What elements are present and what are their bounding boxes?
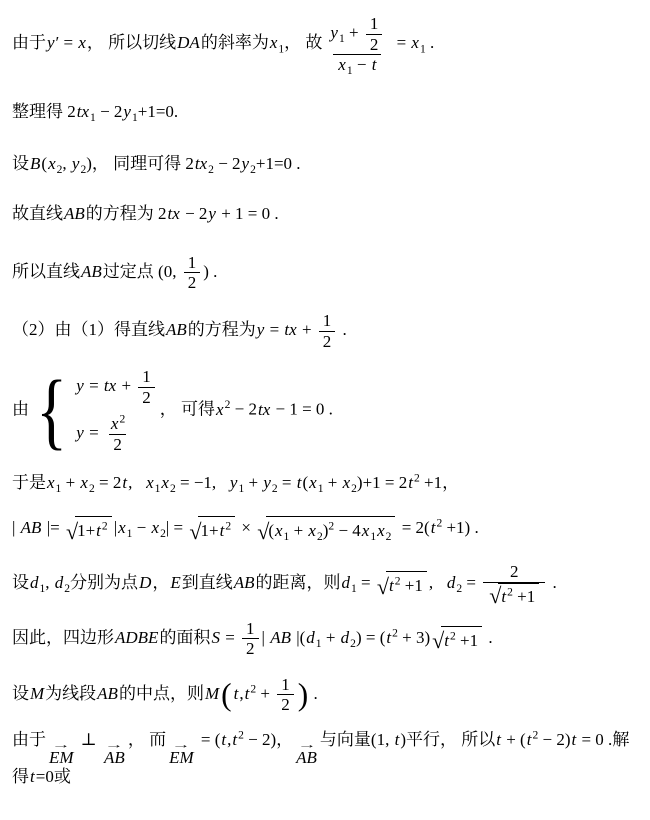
math-literal: = xyxy=(221,628,239,647)
math-literal: + xyxy=(324,473,342,492)
math-variable: y xyxy=(75,376,85,395)
math-variable: d xyxy=(54,573,65,592)
math-literal: +1) . xyxy=(442,518,479,537)
superscript: 2 xyxy=(225,520,231,533)
math-variable: ADBE xyxy=(114,628,159,647)
math-variable: AB xyxy=(233,573,256,592)
formula-line-9: | AB |= √1+t2|x1 − x2| = √1+t2 × √(x1 + … xyxy=(12,516,644,542)
math-literal: − xyxy=(132,518,150,537)
text-run: 设 xyxy=(12,573,29,592)
math-variable: y xyxy=(207,204,217,223)
text-run: ， 所以切线 xyxy=(87,33,176,52)
math-literal: , xyxy=(62,154,71,173)
math-variable: M xyxy=(204,684,220,703)
text-run: 由于 xyxy=(12,33,46,52)
math-variable: d xyxy=(341,573,352,592)
math-literal: + xyxy=(117,376,135,395)
formula-line-4: 故直线AB的方程为 2tx − 2y + 1 = 0 . xyxy=(12,203,644,225)
equation-system: {y = tx + 12y = x22 xyxy=(31,367,158,454)
formula-line-1: 由于y′ = x， 所以切线DA的斜率为x1， 故y1 + 12x1 − t =… xyxy=(12,14,644,75)
text-run: 的方程为 xyxy=(86,204,154,223)
math-variable: tx xyxy=(76,102,90,121)
text-run: ， xyxy=(442,473,459,492)
text-run: 的中点，则 xyxy=(119,684,204,703)
math-literal: − 4 xyxy=(334,521,361,540)
radicand: t2 +1 xyxy=(498,583,539,607)
math-literal: =0 xyxy=(36,767,54,786)
formula-line-11: 因此，四边形ADBE的面积S = 12| AB |(d1 + d2) = (t2… xyxy=(12,619,644,659)
math-variable: tx xyxy=(283,320,297,339)
big-parenthesis: ( xyxy=(220,677,232,712)
math-variable: d xyxy=(305,628,316,647)
radicand: 1+t2 xyxy=(75,516,112,542)
fraction: 12 xyxy=(184,253,201,293)
math-literal: = xyxy=(462,573,480,592)
fraction-denominator: 2 xyxy=(242,638,259,659)
math-variable: tx xyxy=(167,204,181,223)
math-literal: = xyxy=(85,423,103,442)
math-variable: y xyxy=(241,154,251,173)
math-literal: 2 xyxy=(246,639,255,658)
vector-arrow-icon: → xyxy=(172,742,191,749)
math-literal: ) = ( xyxy=(356,628,385,647)
math-variable: t xyxy=(29,767,36,786)
text-run: 分别为点 xyxy=(70,573,138,592)
formula-line-13: 由于→EM ⊥ →AB， 而→EM = (t,t2 − 2)，→AB与向量(1,… xyxy=(12,729,644,788)
math-literal: +1 xyxy=(401,576,423,595)
math-literal: = 2( xyxy=(397,518,429,537)
math-literal: 2 xyxy=(323,332,332,351)
math-literal: 2 xyxy=(188,273,197,292)
math-literal: = xyxy=(85,376,103,395)
subscript: 2 xyxy=(386,530,392,543)
math-literal: = xyxy=(59,33,77,52)
math-literal: = 2 xyxy=(95,473,122,492)
math-literal: +1 xyxy=(513,587,535,606)
text-run: 的方程为 xyxy=(188,320,256,339)
text-run: ， 同理可得 xyxy=(92,154,181,173)
math-variable: t xyxy=(495,730,502,749)
system-equation: y = tx + 12 xyxy=(75,367,158,407)
math-solution-document: 由于y′ = x， 所以切线DA的斜率为x1， 故y1 + 12x1 − t =… xyxy=(0,0,650,788)
math-literal: = −1, xyxy=(176,473,229,492)
math-literal: − 2 xyxy=(214,154,241,173)
math-variable: x xyxy=(117,518,127,537)
math-variable: x xyxy=(376,521,386,540)
math-variable: y xyxy=(71,154,81,173)
math-literal: 2 xyxy=(113,435,122,454)
math-variable: AB xyxy=(20,518,43,537)
vector-notation: →EM xyxy=(169,742,194,766)
text-run: ， 故 xyxy=(284,33,322,52)
fraction-denominator: x1 − t xyxy=(333,54,381,75)
math-variable: x xyxy=(269,33,279,52)
fraction-denominator: 2 xyxy=(184,272,201,293)
math-literal: , xyxy=(45,573,54,592)
fraction-numerator: 1 xyxy=(277,675,294,695)
math-variable: x xyxy=(361,521,371,540)
math-literal: + xyxy=(61,473,79,492)
text-run: 过定点 xyxy=(103,262,154,281)
text-run: ， 而 xyxy=(128,730,166,749)
math-literal: . xyxy=(484,628,493,647)
superscript: 2 xyxy=(119,413,125,426)
system-brace-icon: { xyxy=(36,371,67,450)
math-variable: x xyxy=(307,521,317,540)
math-literal: . xyxy=(548,573,557,592)
text-run: 由 xyxy=(12,400,29,419)
math-literal: . xyxy=(338,320,347,339)
formula-line-12: 设M为线段AB的中点，则M(t,t2 + 12) . xyxy=(12,675,644,715)
math-variable: y xyxy=(122,102,132,121)
math-variable: t xyxy=(407,473,414,492)
math-variable: t xyxy=(296,473,303,492)
math-variable: S xyxy=(210,628,221,647)
square-root: √t2 +1 xyxy=(489,583,539,607)
fraction-denominator: 2 xyxy=(366,34,383,55)
vector-notation: →AB xyxy=(296,742,317,766)
math-literal: 1 xyxy=(246,619,255,638)
text-run: 设 xyxy=(12,154,29,173)
math-literal: (1, xyxy=(371,730,394,749)
math-literal: 2 xyxy=(370,35,379,54)
math-literal: +1 xyxy=(456,631,478,650)
math-literal: + xyxy=(256,684,274,703)
math-literal: = 0 . xyxy=(577,730,612,749)
math-variable: x xyxy=(274,521,284,540)
math-variable: AB xyxy=(165,320,188,339)
math-literal: − 2) xyxy=(538,730,570,749)
vector-name: AB xyxy=(296,749,317,766)
text-run: 的面积 xyxy=(159,628,210,647)
math-literal: 2 xyxy=(181,154,194,173)
fraction-denominator: 2 xyxy=(319,331,336,352)
square-root: √1+t2 xyxy=(66,516,112,542)
system-rows: y = tx + 12y = x22 xyxy=(75,367,158,454)
superscript: 2 xyxy=(102,520,108,533)
math-literal: − 1 = 0 . xyxy=(271,400,333,419)
text-run: 平行， 所以 xyxy=(406,730,495,749)
math-literal: +1=0 . xyxy=(256,154,301,173)
formula-line-5: 所以直线AB过定点 (0, 12) . xyxy=(12,253,644,293)
text-run: ， xyxy=(152,573,169,592)
system-equation: y = x22 xyxy=(75,414,132,454)
vector-arrow-icon: → xyxy=(105,742,124,749)
text-run: 故直线 xyxy=(12,204,63,223)
math-literal: + 3) xyxy=(398,628,430,647)
math-variable: t xyxy=(95,521,102,540)
math-variable: x xyxy=(79,473,89,492)
radicand: t2 +1 xyxy=(441,626,482,652)
text-run: 与向量 xyxy=(320,730,371,749)
vector-notation: →AB xyxy=(104,742,125,766)
math-literal: + xyxy=(345,23,363,42)
text-run: （2）由（1）得直线 xyxy=(12,320,165,339)
math-variable: t xyxy=(443,631,450,650)
math-literal: = xyxy=(357,573,375,592)
math-literal: 1+ xyxy=(77,521,95,540)
math-literal: = ( xyxy=(197,730,221,749)
fraction-numerator: 1 xyxy=(184,253,201,273)
math-literal: | xyxy=(12,518,20,537)
math-literal: − 2) xyxy=(244,730,276,749)
math-variable: y xyxy=(256,320,266,339)
text-run: 因此，四边形 xyxy=(12,628,114,647)
math-variable: x xyxy=(47,154,57,173)
math-variable: AB xyxy=(80,262,103,281)
math-literal: + xyxy=(244,473,262,492)
radicand: 1+t2 xyxy=(198,516,235,542)
math-literal: , xyxy=(429,573,446,592)
math-variable: DA xyxy=(176,33,201,52)
math-literal: + 1 = 0 . xyxy=(217,204,279,223)
fraction: x22 xyxy=(106,414,129,454)
fraction-denominator: 2 xyxy=(277,694,294,715)
math-literal: − 2 xyxy=(230,400,257,419)
fraction-numerator: 1 xyxy=(138,367,155,387)
math-literal: 2 xyxy=(281,695,290,714)
math-variable: d xyxy=(340,628,351,647)
text-run: 或 xyxy=(54,767,71,786)
fraction: 12 xyxy=(277,675,294,715)
square-root: √(x1 + x2)2 − 4x1x2 xyxy=(257,516,395,542)
text-run: 整理得 xyxy=(12,102,63,121)
fraction-numerator: 1 xyxy=(366,14,383,34)
fraction: 12 xyxy=(242,619,259,659)
math-literal: 2 xyxy=(154,204,167,223)
math-literal: +1=0. xyxy=(138,102,178,121)
math-variable: tx xyxy=(257,400,271,419)
fraction-numerator: 2 xyxy=(506,562,523,582)
math-variable: AB xyxy=(63,204,86,223)
text-run: 设 xyxy=(12,684,29,703)
math-literal: )+1 = 2 xyxy=(357,473,407,492)
math-literal: + xyxy=(298,320,316,339)
math-variable: tx xyxy=(103,376,117,395)
text-run: 的距离，则 xyxy=(256,573,341,592)
math-literal: 1 xyxy=(323,311,332,330)
math-variable: y xyxy=(329,23,339,42)
math-literal: . xyxy=(309,684,318,703)
formula-line-8: 于是x1 + x2 = 2t, x1x2 = −1, y1 + y2 = t(x… xyxy=(12,472,644,494)
math-variable: x xyxy=(151,518,161,537)
math-variable: E xyxy=(169,573,181,592)
vector-name: AB xyxy=(104,749,125,766)
math-literal: . xyxy=(426,33,435,52)
math-literal: 1 xyxy=(281,675,290,694)
math-variable: t xyxy=(371,55,378,74)
math-variable: x xyxy=(160,473,170,492)
math-literal: (0, xyxy=(154,262,181,281)
math-variable: x xyxy=(215,400,225,419)
math-literal: + xyxy=(322,628,340,647)
math-variable: y′ xyxy=(46,33,59,52)
math-literal: = xyxy=(278,473,296,492)
fraction-denominator: 2 xyxy=(109,434,126,455)
math-variable: x xyxy=(77,33,87,52)
radicand: t2 +1 xyxy=(386,571,427,597)
math-variable: y xyxy=(262,473,272,492)
math-variable: D xyxy=(138,573,152,592)
math-variable: x xyxy=(342,473,352,492)
vector-notation: →EM xyxy=(49,742,74,766)
fraction-denominator: √t2 +1 xyxy=(483,582,545,607)
text-run: ， xyxy=(276,730,293,749)
big-parenthesis: ) xyxy=(297,677,309,712)
fraction-numerator: x2 xyxy=(106,414,129,434)
math-variable: AB xyxy=(96,684,119,703)
math-variable: x xyxy=(145,473,155,492)
math-variable: tx xyxy=(194,154,208,173)
text-run: 到直线 xyxy=(182,573,233,592)
math-literal: − 2 xyxy=(96,102,123,121)
fraction-numerator: 1 xyxy=(319,311,336,331)
formula-line-3: 设B(x2, y2)， 同理可得 2tx2 − 2y2+1=0 . xyxy=(12,153,644,175)
math-literal: 1 xyxy=(142,367,151,386)
fraction-denominator: 2 xyxy=(138,387,155,408)
math-literal: |( xyxy=(292,628,305,647)
math-literal: + xyxy=(289,521,307,540)
math-variable: d xyxy=(446,573,457,592)
math-variable: x xyxy=(308,473,318,492)
math-variable: B xyxy=(29,154,41,173)
vector-arrow-icon: → xyxy=(297,742,316,749)
fraction: 12 xyxy=(138,367,155,407)
math-variable: AB xyxy=(269,628,292,647)
formula-line-10: 设d1, d2分别为点D，E到直线AB的距离，则d1 = √t2 +1, d2 … xyxy=(12,562,644,606)
fraction-numerator: y1 + 12 xyxy=(325,14,389,54)
fraction: 12 xyxy=(366,14,383,54)
math-literal: 2 xyxy=(142,388,151,407)
formula-line-2: 整理得 2tx1 − 2y1+1=0. xyxy=(12,101,644,123)
math-literal: 2 xyxy=(510,562,519,581)
math-literal: = xyxy=(392,33,410,52)
math-literal: 1+ xyxy=(200,521,218,540)
square-root: √t2 +1 xyxy=(432,626,482,652)
math-literal: | = xyxy=(166,518,188,537)
math-literal: − 2 xyxy=(181,204,208,223)
math-literal: = xyxy=(265,320,283,339)
fraction: y1 + 12x1 − t xyxy=(325,14,389,75)
text-run: ， 可得 xyxy=(160,400,215,419)
math-literal: +1 xyxy=(420,473,442,492)
math-literal: ⊥ xyxy=(77,730,102,749)
math-literal: , xyxy=(239,684,243,703)
math-variable: x xyxy=(337,55,347,74)
math-literal: + ( xyxy=(502,730,526,749)
math-literal: ) . xyxy=(203,262,217,281)
math-literal: |= xyxy=(42,518,64,537)
math-literal: × xyxy=(237,518,255,537)
radicand: (x1 + x2)2 − 4x1x2 xyxy=(266,516,395,542)
math-variable: y xyxy=(75,423,85,442)
math-variable: x xyxy=(410,33,420,52)
math-literal: , xyxy=(128,473,145,492)
vector-name: EM xyxy=(169,749,194,766)
text-run: 所以直线 xyxy=(12,262,80,281)
vector-arrow-icon: → xyxy=(52,742,71,749)
math-variable: d xyxy=(29,573,40,592)
math-variable: M xyxy=(29,684,45,703)
math-literal: − xyxy=(353,55,371,74)
fraction-numerator: 1 xyxy=(242,619,259,639)
formula-line-7: 由{y = tx + 12y = x22， 可得x2 − 2tx − 1 = 0… xyxy=(12,367,644,454)
formula-line-6: （2）由（1）得直线AB的方程为y = tx + 12 . xyxy=(12,311,644,351)
math-variable: x xyxy=(46,473,56,492)
vector-name: EM xyxy=(49,749,74,766)
square-root: √t2 +1 xyxy=(377,571,427,597)
square-root: √1+t2 xyxy=(189,516,235,542)
math-literal: 1 xyxy=(370,14,379,33)
math-variable: t xyxy=(388,576,395,595)
text-run: 的斜率为 xyxy=(201,33,269,52)
text-run: 于是 xyxy=(12,473,46,492)
math-literal: 1 xyxy=(188,253,197,272)
fraction: 12 xyxy=(319,311,336,351)
text-run: 为线段 xyxy=(45,684,96,703)
fraction: 2√t2 +1 xyxy=(483,562,545,606)
math-literal: 2 xyxy=(63,102,76,121)
text-run: 由于 xyxy=(12,730,46,749)
